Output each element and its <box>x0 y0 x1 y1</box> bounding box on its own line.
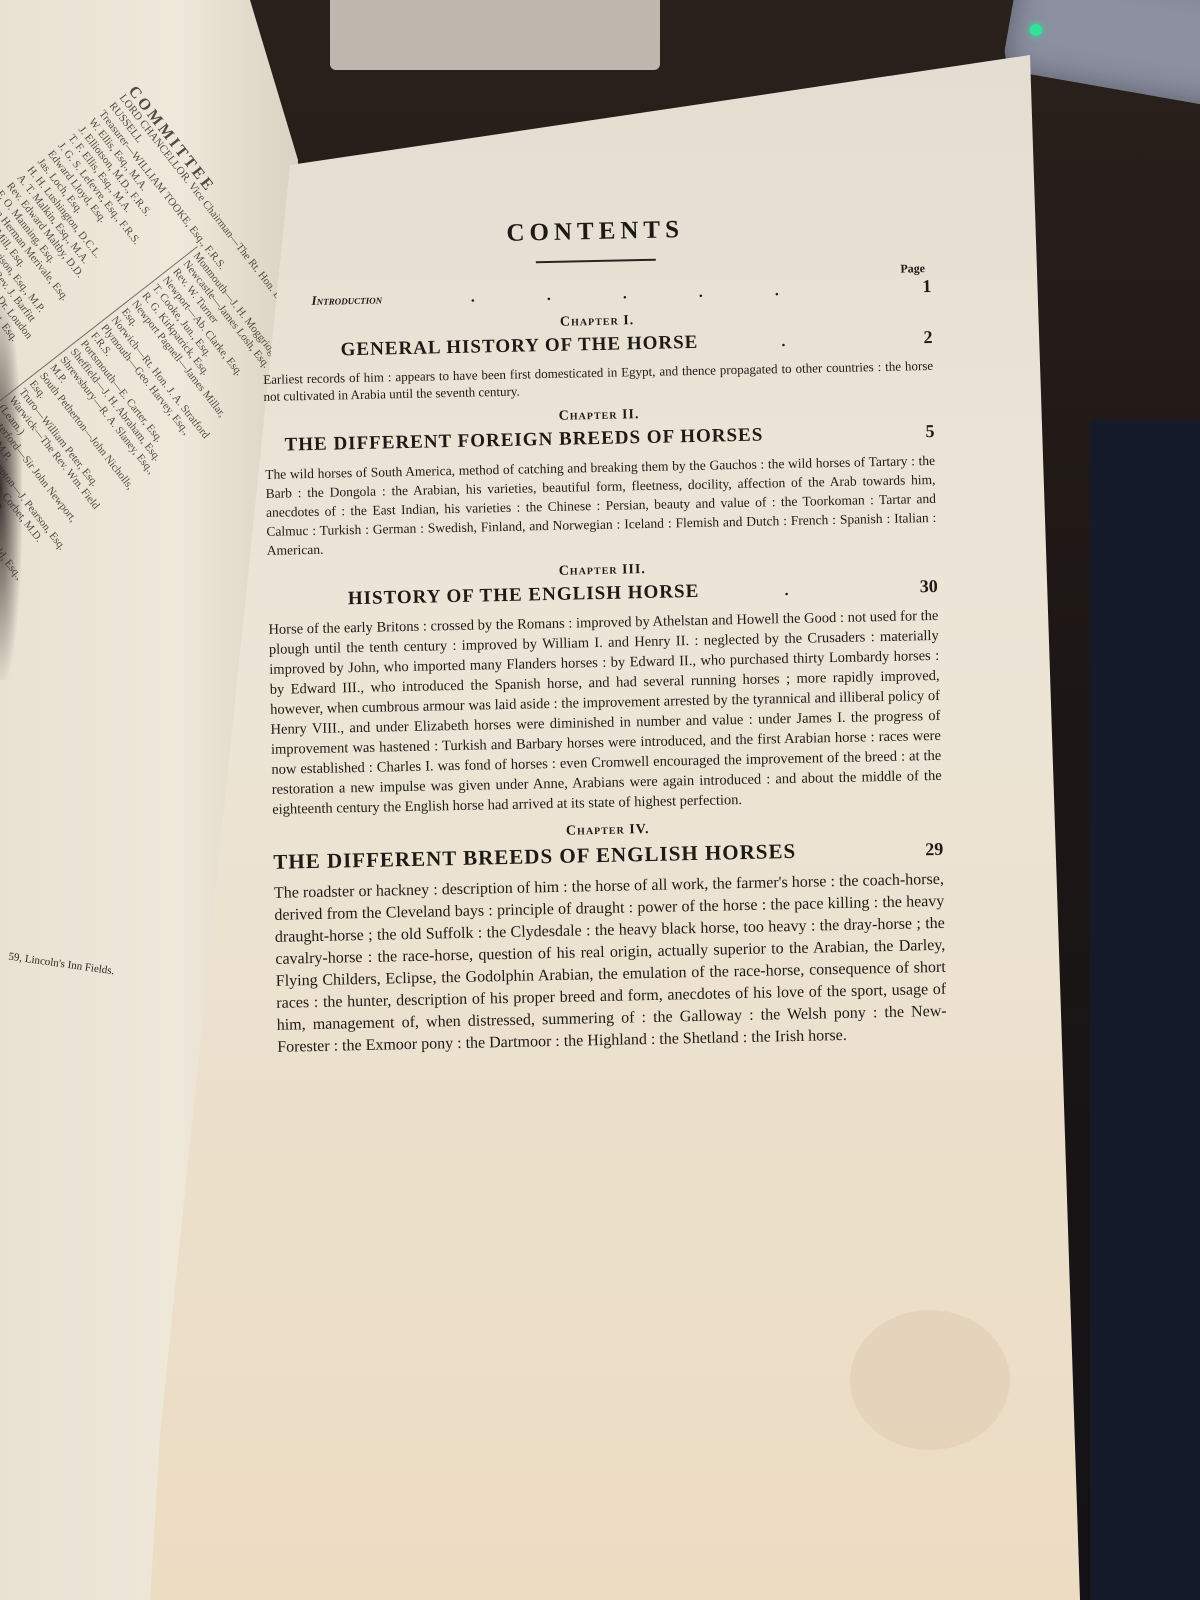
page-number: 5 <box>904 421 934 443</box>
status-led-icon <box>1030 24 1042 36</box>
background-box <box>330 0 660 70</box>
chapter-summary: Earliest records of him : appears to hav… <box>263 357 934 405</box>
page-number: 29 <box>913 839 943 861</box>
page-number: 30 <box>908 576 938 598</box>
chapter-1: Chapter I. GENERAL HISTORY OF THE HORSE … <box>262 307 934 405</box>
paper-stain <box>850 1310 1010 1450</box>
background-cloth <box>1090 420 1200 1600</box>
chapter-summary: Horse of the early Britons : crossed by … <box>268 606 942 820</box>
chapter-4: Chapter IV. THE DIFFERENT BREEDS OF ENGL… <box>273 816 948 1059</box>
chapter-summary: The wild horses of South America, method… <box>265 451 937 560</box>
chapter-title: THE DIFFERENT BREEDS OF ENGLISH HORSES <box>273 839 796 875</box>
publisher-address: 59, Lincoln's Inn Fields. <box>8 951 115 978</box>
chapter-2: Chapter II. THE DIFFERENT FOREIGN BREEDS… <box>264 401 937 560</box>
chapter-title: THE DIFFERENT FOREIGN BREEDS OF HORSES <box>284 425 763 457</box>
page-number: 1 <box>901 276 931 298</box>
chapter-title: HISTORY OF THE ENGLISH HORSE <box>348 581 700 610</box>
dot-leader: . <box>698 331 903 353</box>
title-rule <box>536 259 656 264</box>
chapter-title: GENERAL HISTORY OF THE HORSE <box>340 332 698 361</box>
dot-leader: . <box>699 580 908 602</box>
chapter-summary: The roadster or hackney : description of… <box>274 869 948 1059</box>
contents-page: CONTENTS Page Introduction . . . . . 1 C… <box>260 211 947 1063</box>
page-number: 2 <box>902 327 932 349</box>
chapter-3: Chapter III. HISTORY OF THE ENGLISH HORS… <box>267 556 942 820</box>
toc-entry-label: Introduction <box>311 291 382 308</box>
